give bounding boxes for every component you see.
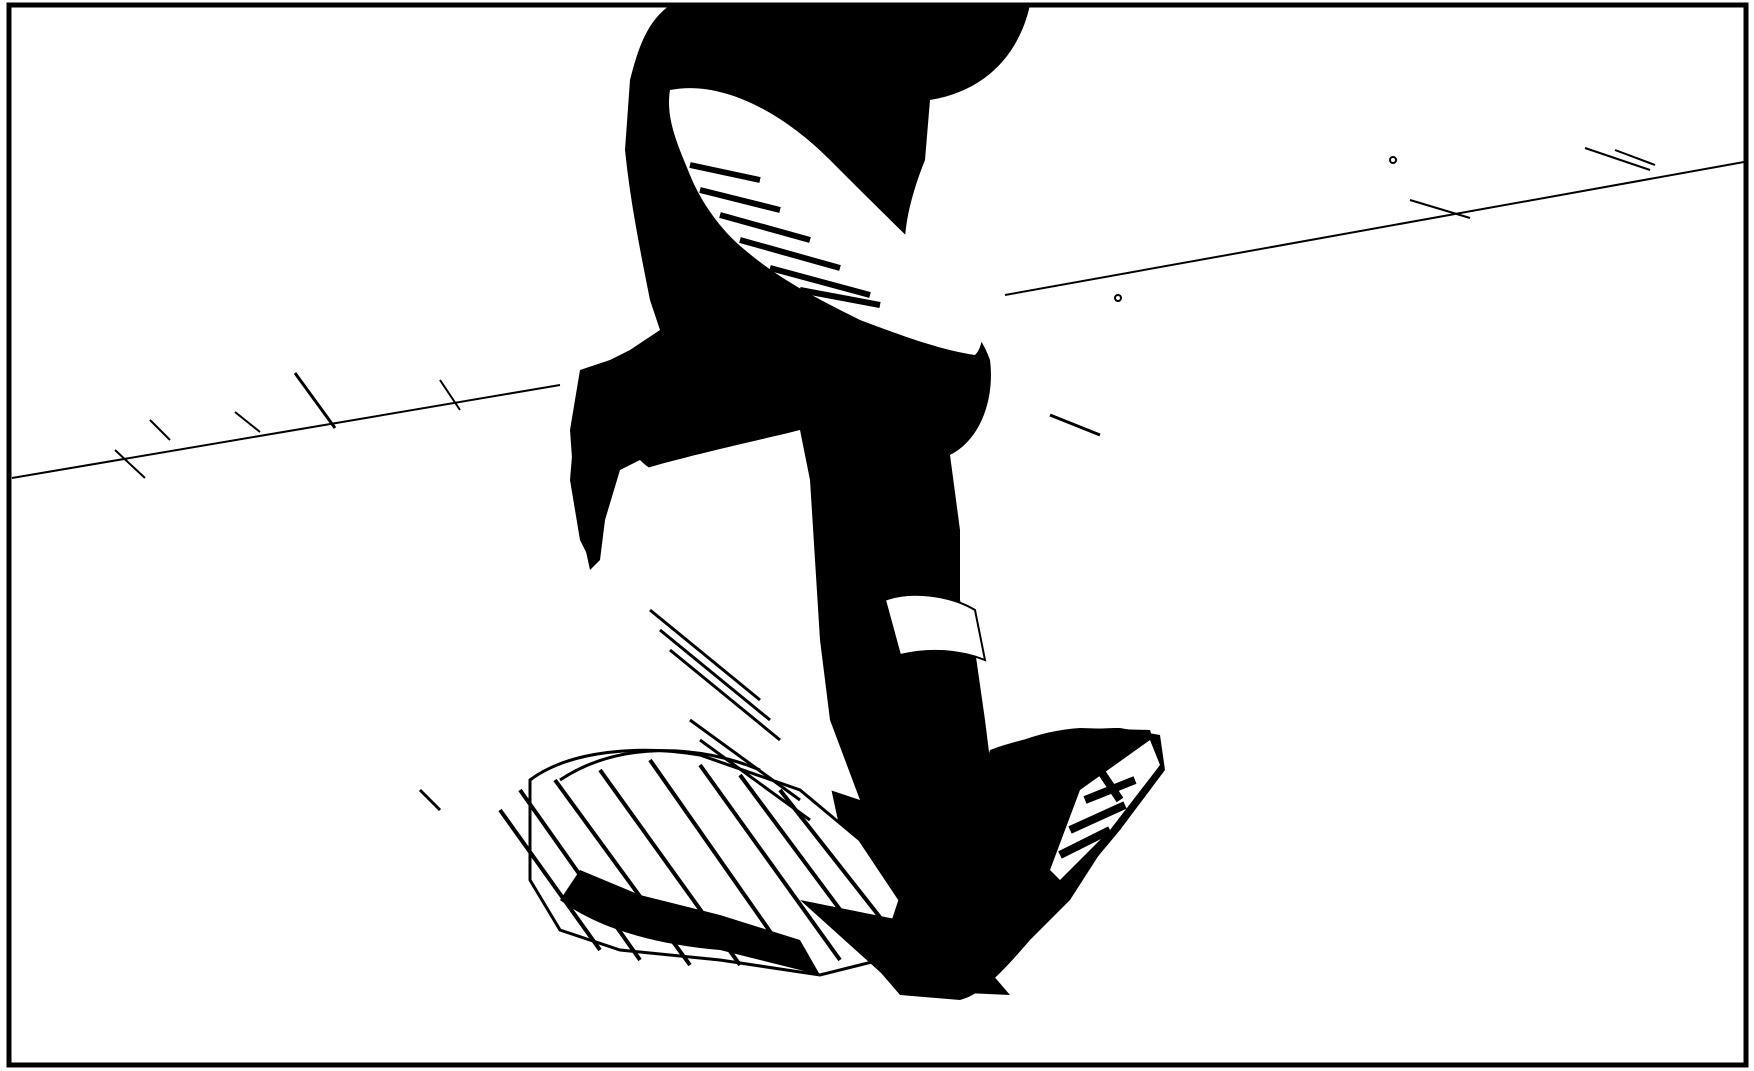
- manga-panel: [0, 0, 1754, 1071]
- panel-artwork: [0, 0, 1754, 1071]
